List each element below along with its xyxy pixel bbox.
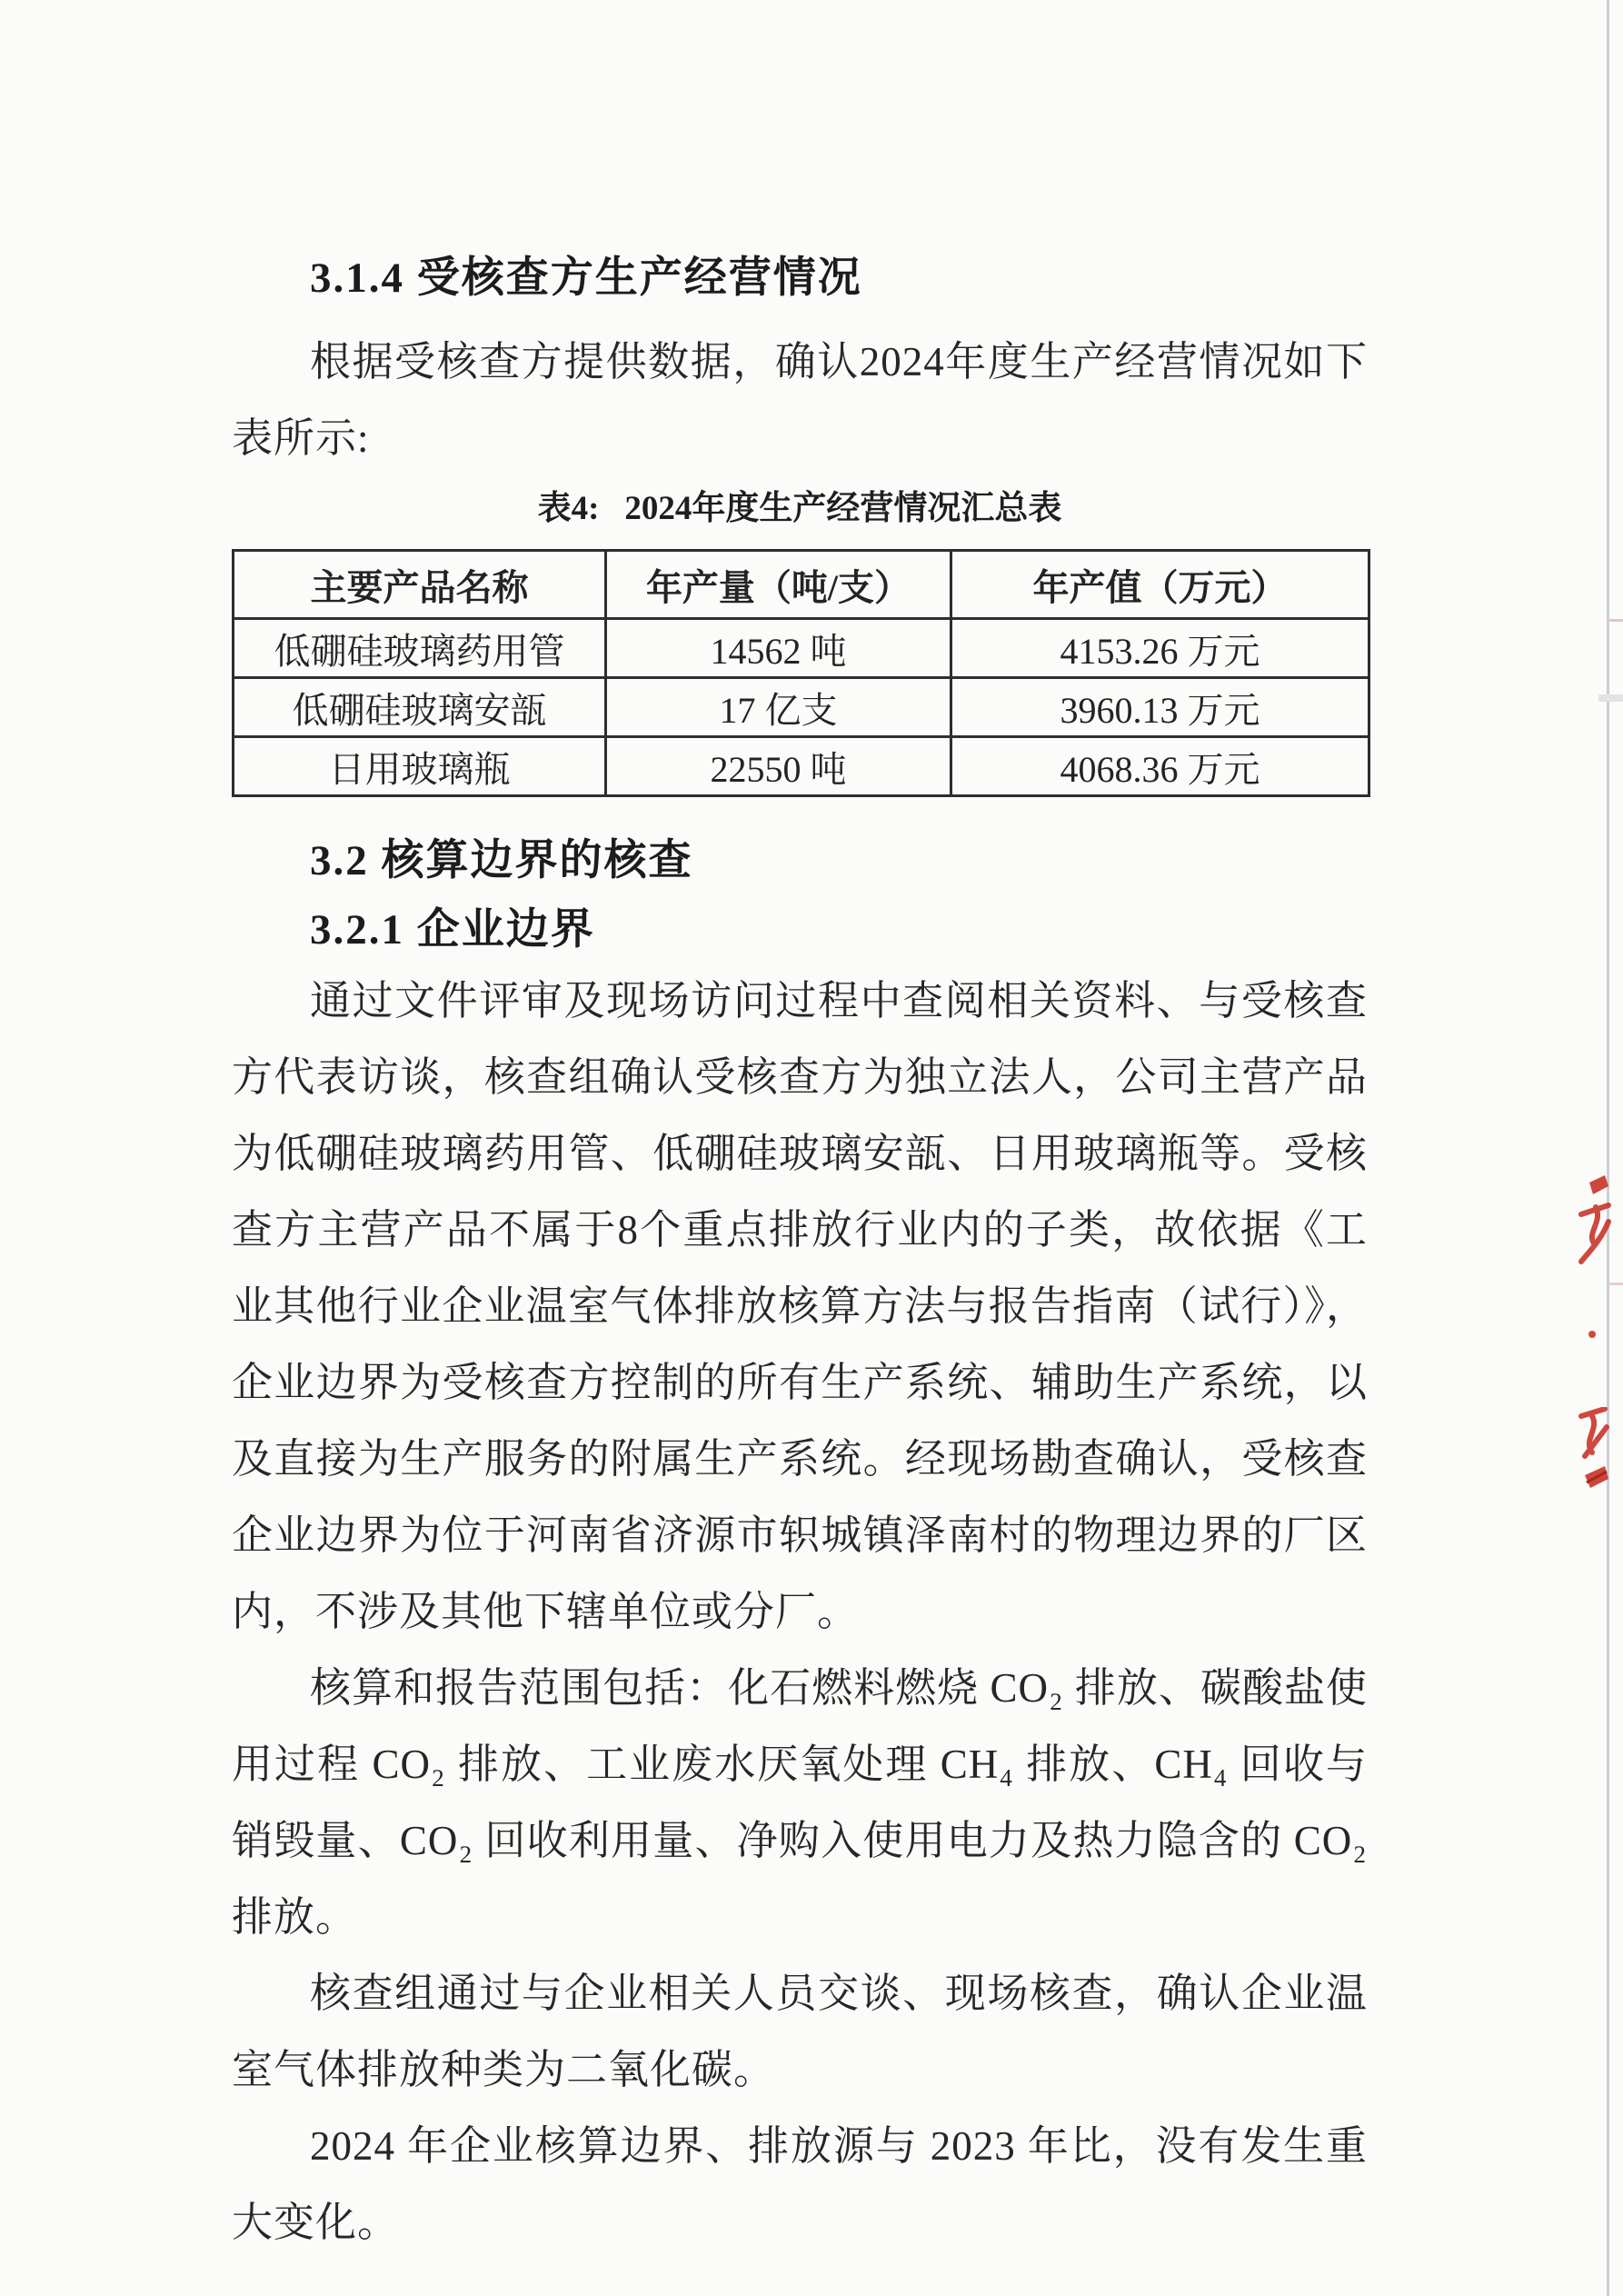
para-ghg-type: 核查组通过与企业相关人员交谈、现场核查，确认企业温室气体排放种类为二氧化碳。 xyxy=(232,1955,1368,2108)
col-header-product-name: 主要产品名称 xyxy=(234,551,606,619)
table-cell-value: 3960.13 万元 xyxy=(951,678,1369,737)
text-column: 3.1.4 受核查方生产经营情况 根据受核查方提供数据，确认2024年度生产经营… xyxy=(232,0,1368,2261)
col-header-annual-output: 年产量（吨/支） xyxy=(606,551,951,619)
table-caption-label: 表4: xyxy=(538,490,600,527)
table-cell-value: 4153.26 万元 xyxy=(951,619,1369,678)
production-summary-table: 主要产品名称 年产量（吨/支） 年产值（万元） 低硼硅玻璃药用管 14562 吨… xyxy=(232,549,1370,797)
table-cell-output: 14562 吨 xyxy=(606,619,951,678)
table-cell-output: 17 亿支 xyxy=(606,678,951,737)
scan-artifact-tick xyxy=(1598,694,1623,702)
table-cell-product: 低硼硅玻璃药用管 xyxy=(234,619,606,678)
red-annotation-mark xyxy=(1587,1173,1610,1197)
heading-3-1-4: 3.1.4 受核查方生产经营情况 xyxy=(310,253,1368,304)
table-row: 低硼硅玻璃安瓿 17 亿支 3960.13 万元 xyxy=(234,678,1369,737)
heading-3-2: 3.2 核算边界的核查 xyxy=(310,835,1368,886)
table-cell-product: 日用玻璃瓶 xyxy=(234,737,606,796)
para-yoy-change: 2024 年企业核算边界、排放源与 2023 年比，没有发生重大变化。 xyxy=(232,2108,1368,2261)
scan-artifact-tick xyxy=(1608,619,1623,622)
red-annotation-mark xyxy=(1578,1407,1610,1460)
table-row: 日用玻璃瓶 22550 吨 4068.36 万元 xyxy=(234,737,1369,796)
scan-artifact-tick xyxy=(1609,1283,1623,1285)
table-header-row: 主要产品名称 年产量（吨/支） 年产值（万元） xyxy=(234,551,1369,619)
heading-3-2-1: 3.2.1 企业边界 xyxy=(310,904,1368,955)
page-edge-line xyxy=(1607,0,1609,2296)
table-cell-value: 4068.36 万元 xyxy=(951,737,1369,796)
table-caption-text: 2024年度生产经营情况汇总表 xyxy=(624,490,1061,527)
para-enterprise-boundary: 通过文件评审及现场访问过程中查阅相关资料、与受核查方代表访谈，核查组确认受核查方… xyxy=(232,963,1368,1650)
col-header-annual-value: 年产值（万元） xyxy=(951,551,1369,619)
intro-paragraph: 根据受核查方提供数据，确认2024年度生产经营情况如下表所示: xyxy=(232,324,1368,476)
document-page: 3.1.4 受核查方生产经营情况 根据受核查方提供数据，确认2024年度生产经营… xyxy=(0,0,1623,2296)
red-annotation-mark xyxy=(1583,1464,1610,1490)
red-annotation-mark xyxy=(1578,1202,1612,1265)
para-accounting-scope: 核算和报告范围包括：化石燃料燃烧 CO₂ 排放、碳酸盐使用过程 CO₂ 排放、工… xyxy=(232,1650,1368,1955)
table-cell-product: 低硼硅玻璃安瓿 xyxy=(234,678,606,737)
table-cell-output: 22550 吨 xyxy=(606,737,951,796)
table-caption: 表4:2024年度生产经营情况汇总表 xyxy=(232,489,1368,529)
table-row: 低硼硅玻璃药用管 14562 吨 4153.26 万元 xyxy=(234,619,1369,678)
red-annotation-dot xyxy=(1588,1331,1596,1338)
